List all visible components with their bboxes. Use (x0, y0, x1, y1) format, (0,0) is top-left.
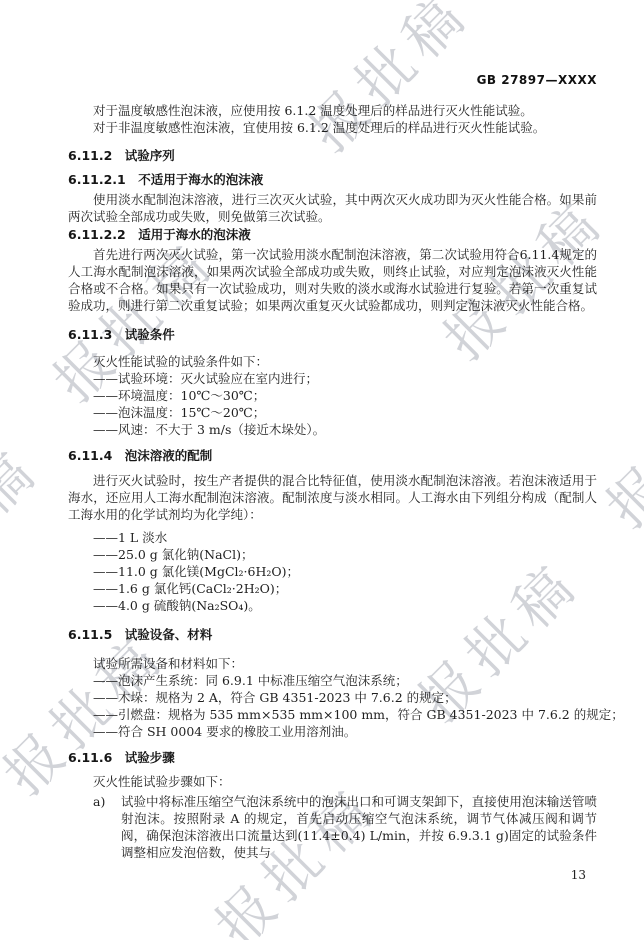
paragraph: 对于温度敏感性泡沫液，应使用按 6.1.2 温度处理后的样品进行灭火性能试验。 (68, 102, 597, 119)
list-item: ——1 L 淡水 (68, 529, 597, 546)
list-item: ——风速：不大于 3 m/s（接近木垛处）。 (68, 421, 597, 438)
list-item: ——泡沫温度：15℃～20℃； (68, 404, 597, 421)
watermark-text: 报批稿 (612, 372, 644, 524)
list-item: ——环境温度：10℃～30℃； (68, 387, 597, 404)
list-item: ——11.0 g 氯化镁(MgCl₂·6H₂O)； (68, 563, 597, 580)
list-item: ——符合 SH 0004 要求的橡胶工业用溶剂油。 (68, 723, 597, 740)
page-content: GB 27897—XXXX 对于温度敏感性泡沫液，应使用按 6.1.2 温度处理… (68, 72, 597, 861)
section-heading-6-11-5: 6.11.5 试验设备、材料 (68, 626, 597, 643)
paragraph: 使用淡水配制泡沫溶液，进行三次灭火试验，其中两次灭火成功即为灭火性能合格。如果前… (68, 191, 597, 225)
document-page: 报批稿 报批稿 报批稿 报批稿 报批稿 报批稿 报批稿 报批稿 GB 27897… (0, 0, 644, 940)
section-heading-6-11-3: 6.11.3 试验条件 (68, 326, 597, 343)
section-heading-6-11-2-2: 6.11.2.2 适用于海水的泡沫液 (68, 226, 597, 243)
list-item: ——4.0 g 硫酸钠(Na₂SO₄)。 (68, 597, 597, 614)
list-item: ——1.6 g 氯化钙(CaCl₂·2H₂O)； (68, 580, 597, 597)
list-item: ——引燃盘：规格为 535 mm×535 mm×100 mm，符合 GB 435… (68, 706, 597, 723)
list-item: ——试验环境：灭火试验应在室内进行； (68, 370, 597, 387)
section-heading-6-11-2-1: 6.11.2.1 不适用于海水的泡沫液 (68, 171, 597, 188)
list-item: ——25.0 g 氯化钠(NaCl)； (68, 546, 597, 563)
watermark-text: 报批稿 (0, 452, 36, 604)
section-heading-6-11-2: 6.11.2 试验序列 (68, 147, 597, 164)
page-number: 13 (571, 867, 586, 884)
step-label: a) (93, 793, 121, 810)
paragraph: 灭火性能试验的试验条件如下： (68, 353, 597, 370)
list-item: ——泡沫产生系统：同 6.9.1 中标准压缩空气泡沫系统； (68, 672, 597, 689)
paragraph: 试验所需设备和材料如下： (68, 655, 597, 672)
step-text: 试验中将标准压缩空气泡沫系统中的泡沫出口和可调支架卸下，直接使用泡沫输送管喷射泡… (121, 793, 597, 861)
paragraph: 首先进行两次灭火试验，第一次试验用淡水配制泡沫溶液，第二次试验用符合6.11.4… (68, 246, 597, 314)
paragraph: 进行灭火试验时，按生产者提供的混合比特征值，使用淡水配制泡沫溶液。若泡沫液适用于… (68, 472, 597, 523)
doc-number: GB 27897—XXXX (68, 72, 597, 89)
section-heading-6-11-4: 6.11.4 泡沫溶液的配制 (68, 447, 597, 464)
list-item: ——木垛：规格为 2 A，符合 GB 4351-2023 中 7.6.2 的规定… (68, 689, 597, 706)
step-item-a: a) 试验中将标准压缩空气泡沫系统中的泡沫出口和可调支架卸下，直接使用泡沫输送管… (68, 793, 597, 861)
section-heading-6-11-6: 6.11.6 试验步骤 (68, 749, 597, 766)
paragraph: 灭火性能试验步骤如下： (68, 773, 597, 790)
paragraph: 对于非温度敏感性泡沫液，宜使用按 6.1.2 温度处理后的样品进行灭火性能试验。 (68, 119, 597, 136)
